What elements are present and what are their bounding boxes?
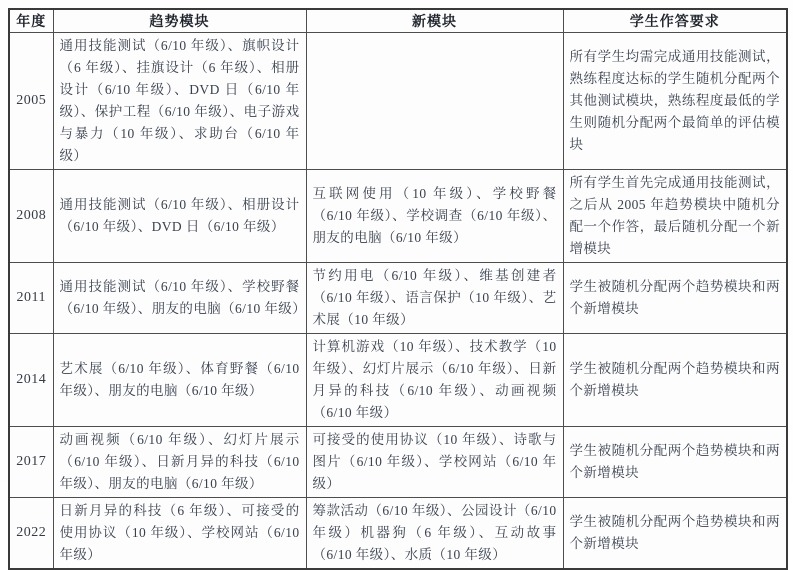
trend-modules-cell: 艺术展（6/10 年级）、体育野餐（6/10 年级）、朋友的电脑（6/10 年级… [53, 334, 306, 427]
header-row: 年度 趋势模块 新模块 学生作答要求 [9, 9, 787, 33]
header-trend-modules: 趋势模块 [53, 9, 306, 33]
year-cell: 2008 [9, 170, 53, 263]
table-row: 2008 通用技能测试（6/10 年级）、相册设计（6/10 年级）、DVD 日… [9, 170, 787, 263]
new-modules-cell: 计算机游戏（10 年级）、技术教学（10 年级）、幻灯片展示（6/10 年级）、… [306, 334, 563, 427]
document-page: 年度 趋势模块 新模块 学生作答要求 2005 通用技能测试（6/10 年级）、… [0, 0, 793, 482]
trend-modules-cell: 通用技能测试（6/10 年级）、旗帜设计（6 年级）、挂旗设计（6 年级）、相册… [53, 33, 306, 170]
new-modules-cell: 节约用电（6/10 年级）、维基创建者（6/10 年级）、语言保护（10 年级）… [306, 263, 563, 334]
table-row: 2011 通用技能测试（6/10 年级）、学校野餐（6/10 年级）、朋友的电脑… [9, 263, 787, 334]
requirements-cell: 学生被随机分配两个趋势模块和两个新增模块 [563, 263, 787, 334]
year-cell: 2017 [9, 427, 53, 483]
table-row: 2017 动画视频（6/10 年级）、幻灯片展示（6/10 年级）、日新月异的科… [9, 427, 787, 483]
new-modules-cell: 互联网使用（10 年级）、学校野餐（6/10 年级）、学校调查（6/10 年级）… [306, 170, 563, 263]
requirements-cell: 所有学生均需完成通用技能测试，熟练程度达标的学生随机分配两个其他测试模块，熟练程… [563, 33, 787, 170]
requirements-cell: 学生被随机分配两个趋势模块和两个新增模块 [563, 427, 787, 483]
trend-modules-cell: 通用技能测试（6/10 年级）、相册设计（6/10 年级）、DVD 日（6/10… [53, 170, 306, 263]
new-modules-cell: 可接受的使用协议（10 年级）、诗歌与图片（6/10 年级）、学校网站（6/10… [306, 427, 563, 483]
header-year: 年度 [9, 9, 53, 33]
trend-modules-cell: 动画视频（6/10 年级）、幻灯片展示（6/10 年级）、日新月异的科技（6/1… [53, 427, 306, 483]
requirements-cell: 所有学生首先完成通用技能测试，之后从 2005 年趋势模块中随机分配一个作答，最… [563, 170, 787, 263]
year-cell: 2011 [9, 263, 53, 334]
year-cell: 2014 [9, 334, 53, 427]
new-modules-cell [306, 33, 563, 170]
trend-modules-cell: 通用技能测试（6/10 年级）、学校野餐（6/10 年级）、朋友的电脑（6/10… [53, 263, 306, 334]
table-row: 2005 通用技能测试（6/10 年级）、旗帜设计（6 年级）、挂旗设计（6 年… [9, 33, 787, 170]
requirements-cell: 学生被随机分配两个趋势模块和两个新增模块 [563, 334, 787, 427]
year-cell: 2005 [9, 33, 53, 170]
header-new-modules: 新模块 [306, 9, 563, 33]
assessment-modules-table: 年度 趋势模块 新模块 学生作答要求 2005 通用技能测试（6/10 年级）、… [8, 8, 788, 482]
table-row: 2014 艺术展（6/10 年级）、体育野餐（6/10 年级）、朋友的电脑（6/… [9, 334, 787, 427]
header-requirements: 学生作答要求 [563, 9, 787, 33]
